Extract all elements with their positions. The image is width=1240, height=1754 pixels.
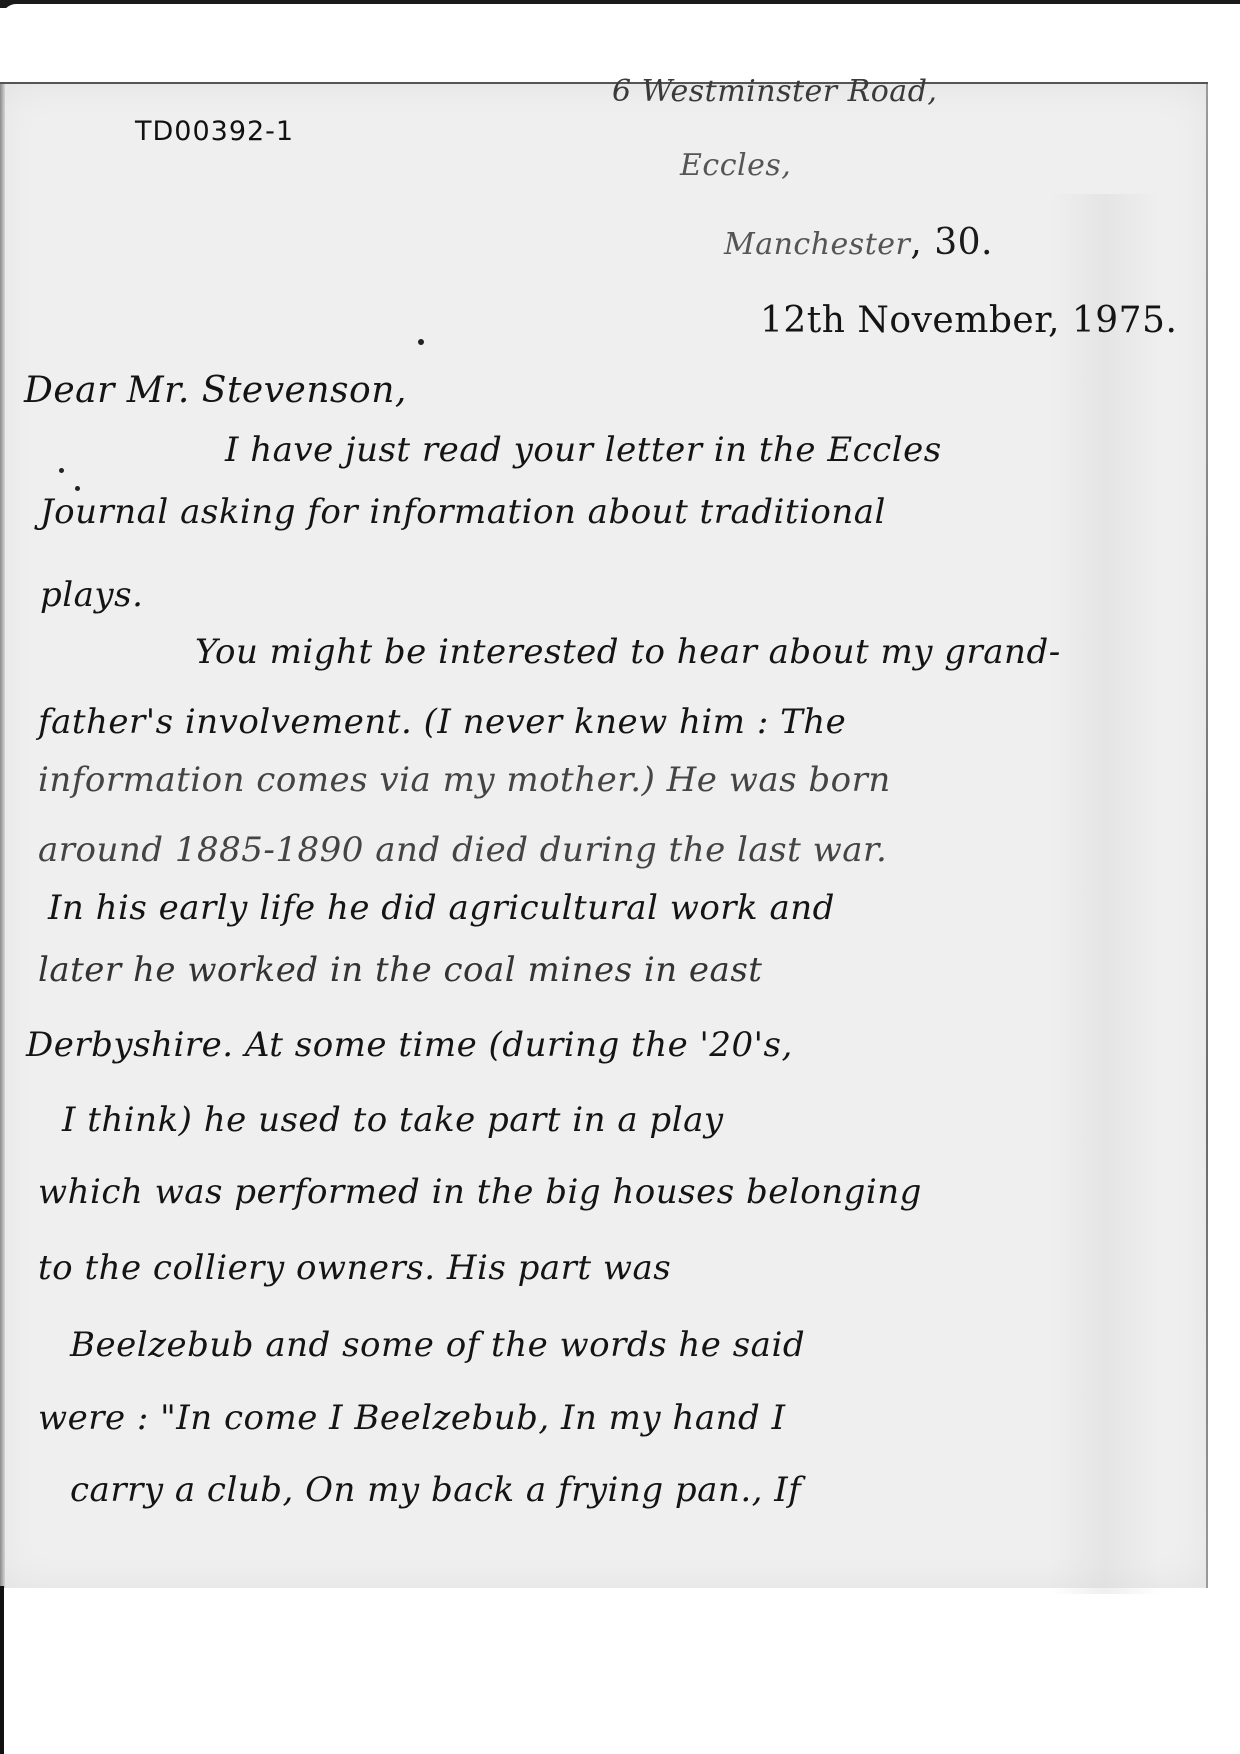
address-line-town: Eccles, [680, 148, 791, 183]
body-line: In his early life he did agricultural wo… [48, 888, 835, 928]
body-line: later he worked in the coal mines in eas… [38, 950, 762, 990]
letter-salutation: Dear Mr. Stevenson, [24, 370, 407, 411]
ink-speck [75, 486, 80, 491]
address-city: Manchester [724, 227, 910, 262]
body-line: plays. [40, 575, 143, 615]
body-line: You might be interested to hear about my… [195, 632, 1061, 672]
body-line: I think) he used to take part in a play [62, 1100, 724, 1140]
address-line-street: 6 Westminster Road, [612, 74, 937, 109]
ink-speck [418, 339, 424, 345]
body-line: I have just read your letter in the Eccl… [225, 430, 942, 470]
scan-left-edge [0, 1586, 4, 1754]
body-line: which was performed in the big houses be… [38, 1172, 922, 1212]
archive-reference-code: TD00392-1 [135, 116, 294, 147]
body-line: Derbyshire. At some time (during the '20… [26, 1025, 793, 1065]
body-line: were : "In come I Beelzebub, In my hand … [38, 1398, 786, 1438]
body-line: information comes via my mother.) He was… [38, 760, 891, 800]
letter-date: 12th November, 1975. [760, 300, 1177, 341]
body-line: Beelzebub and some of the words he said [70, 1325, 805, 1365]
body-line: Journal asking for information about tra… [40, 492, 886, 532]
address-postcode: , 30. [910, 222, 993, 263]
scan-margin-top [2, 4, 1240, 82]
ink-speck [59, 468, 64, 473]
paper-crease [1050, 194, 1160, 1594]
body-line: father's involvement. (I never knew him … [38, 702, 846, 742]
body-line: to the colliery owners. His part was [38, 1248, 671, 1288]
body-line: around 1885-1890 and died during the las… [38, 830, 887, 870]
body-line: carry a club, On my back a frying pan., … [70, 1470, 801, 1510]
address-line-city: Manchester, 30. [724, 222, 993, 263]
